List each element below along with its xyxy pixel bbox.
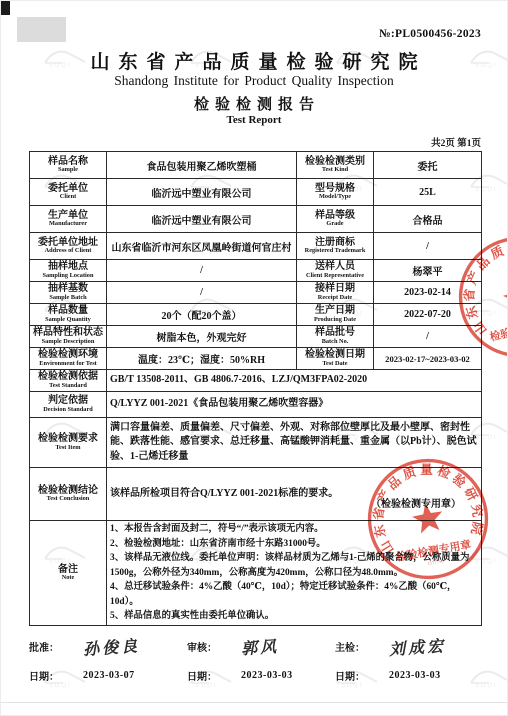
field-label-en: Batch No.	[300, 339, 370, 346]
star-icon	[500, 278, 508, 314]
field-value: 20个（配20个盖）	[107, 304, 297, 326]
field-label-en: Sample	[33, 167, 103, 174]
field-value: 临沂远中塑业有限公司	[107, 206, 297, 233]
institute-title-cn: 山东省产品质量检验研究院	[1, 47, 507, 74]
field-value: /	[107, 282, 297, 304]
inspection-seal-stamp-icon: 山东省产品质量检验研究院 检验检测专用章 1177750	[352, 443, 505, 596]
report-number: №:PL0500456-2023	[379, 28, 481, 40]
chief-inspector-role-label: 主检：	[335, 639, 377, 654]
svg-text:检验检测专用章: 检验检测专用章	[488, 312, 508, 344]
approver-role-label: 批准：	[29, 639, 71, 654]
field-label-en: Decision Standard	[33, 407, 103, 414]
table-row: 检验检测环境Environment for Test 温度：23℃；湿度：50%…	[30, 348, 482, 370]
approver-signature: 批准： 孙俊良 日期： 2023-03-07	[29, 634, 187, 686]
field-value: 温度：23℃；湿度：50%RH	[107, 348, 297, 370]
field-value: 25L	[374, 179, 482, 206]
star-icon	[410, 501, 445, 535]
approval-date: 2023-03-07	[83, 670, 135, 681]
table-row: 生产单位Manufacturer 临沂远中塑业有限公司 样品等级Grade 合格…	[30, 206, 482, 233]
field-label-en: Test Standard	[33, 383, 103, 390]
table-row: 委托单位Client 临沂远中塑业有限公司 型号规格Model/Type 25L	[30, 179, 482, 206]
field-label-en: Manufacturer	[33, 221, 103, 228]
field-value: 委托	[374, 152, 482, 179]
chief-inspector-handwritten-signature: 刘成宏	[388, 633, 446, 660]
field-value: 山东省临沂市河东区凤凰岭街道何官庄村	[107, 233, 297, 260]
signature-block: 批准： 孙俊良 日期： 2023-03-07 审核： 郭风 日期： 2023-0…	[29, 634, 489, 686]
table-row: 判定依据Decision Standard Q/LYYZ 001-2021《食品…	[30, 392, 482, 418]
field-label-en: Sample Description	[33, 339, 103, 346]
field-label-en: Note	[33, 575, 103, 582]
field-value: 树脂本色，外观完好	[107, 326, 297, 348]
table-row: 抽样基数Sample Batch / 接样日期Receipt Date 2023…	[30, 282, 482, 304]
field-label-en: Test Conclusion	[33, 496, 103, 503]
field-label-en: Grade	[300, 221, 370, 228]
chief-inspector-signature: 主检： 刘成宏 日期： 2023-03-03	[335, 634, 485, 686]
field-label-en: Sampling Location	[33, 273, 103, 280]
field-value: GB/T 13508-2011、GB 4806.7-2016、LZJ/QM3FP…	[107, 370, 482, 392]
field-value: 合格品	[374, 206, 482, 233]
review-date: 2023-03-03	[241, 670, 293, 681]
page-count: 共2页 第1页	[431, 135, 481, 149]
field-label-en: Client	[33, 194, 103, 201]
field-label-en: Producing Date	[300, 317, 370, 324]
field-label-en: Test Item	[33, 445, 103, 452]
approver-handwritten-signature: 孙俊良	[82, 633, 140, 660]
test-report-page: SDQISDQISDQISDQISDQISDQISDQISDQISDQISDQI…	[0, 0, 508, 716]
scan-corner-mark	[1, 1, 10, 15]
inspection-date: 2023-03-03	[389, 670, 441, 681]
field-label-en: Environment for Test	[33, 361, 103, 368]
reviewer-handwritten-signature: 郭风	[240, 633, 280, 659]
institute-title-en: Shandong Institute for Product Quality I…	[1, 73, 507, 89]
field-value: Q/LYYZ 001-2021《食品包装用聚乙烯吹塑容器》	[107, 392, 482, 418]
field-value: 食品包装用聚乙烯吹塑桶	[107, 152, 297, 179]
date-label: 日期：	[29, 668, 71, 683]
table-row: 委托单位地址Address of Client 山东省临沂市河东区凤凰岭街道何官…	[30, 233, 482, 260]
svg-text:检验检测专用章: 检验检测专用章	[395, 537, 472, 564]
field-label-en: Model/Type	[300, 194, 370, 201]
report-title-en: Test Report	[1, 114, 507, 126]
field-label-en: Receipt Date	[300, 295, 370, 302]
reviewer-role-label: 审核：	[187, 639, 229, 654]
field-value: 临沂远中塑业有限公司	[107, 179, 297, 206]
table-row: 样品特性和状态Sample Description 树脂本色，外观完好 样品批号…	[30, 326, 482, 348]
note-line: 5、样品信息的真实性由委托单位确认。	[110, 609, 478, 624]
field-label-en: Sample Batch	[33, 295, 103, 302]
page-edge-line	[1, 702, 508, 703]
table-row: 抽样地点Sampling Location / 送样人员Client Repre…	[30, 260, 482, 282]
table-row: 样品名称Sample 食品包装用聚乙烯吹塑桶 检验检测类别Test Kind 委…	[30, 152, 482, 179]
field-label-en: Client Representative	[300, 273, 370, 280]
field-label-en: Registered Trademark	[300, 248, 370, 255]
date-label: 日期：	[335, 668, 377, 683]
field-label-en: Test Date	[300, 361, 370, 368]
redacted-area	[17, 17, 66, 42]
svg-text:1177750: 1177750	[427, 559, 445, 567]
table-row: 检验检测依据Test Standard GB/T 13508-2011、GB 4…	[30, 370, 482, 392]
field-label-en: Address of Client	[33, 248, 103, 255]
date-label: 日期：	[187, 668, 229, 683]
report-title-cn: 检验检测报告	[1, 93, 507, 114]
field-label-en: Test Kind	[300, 167, 370, 174]
field-label-en: Sample Quantity	[33, 317, 103, 324]
svg-text:山东省产品质量检验研究院: 山东省产品质量检验研究院	[449, 227, 508, 339]
reviewer-signature: 审核： 郭风 日期： 2023-03-03	[187, 634, 335, 686]
table-row: 样品数量Sample Quantity 20个（配20个盖） 生产日期Produ…	[30, 304, 482, 326]
field-value: /	[107, 260, 297, 282]
